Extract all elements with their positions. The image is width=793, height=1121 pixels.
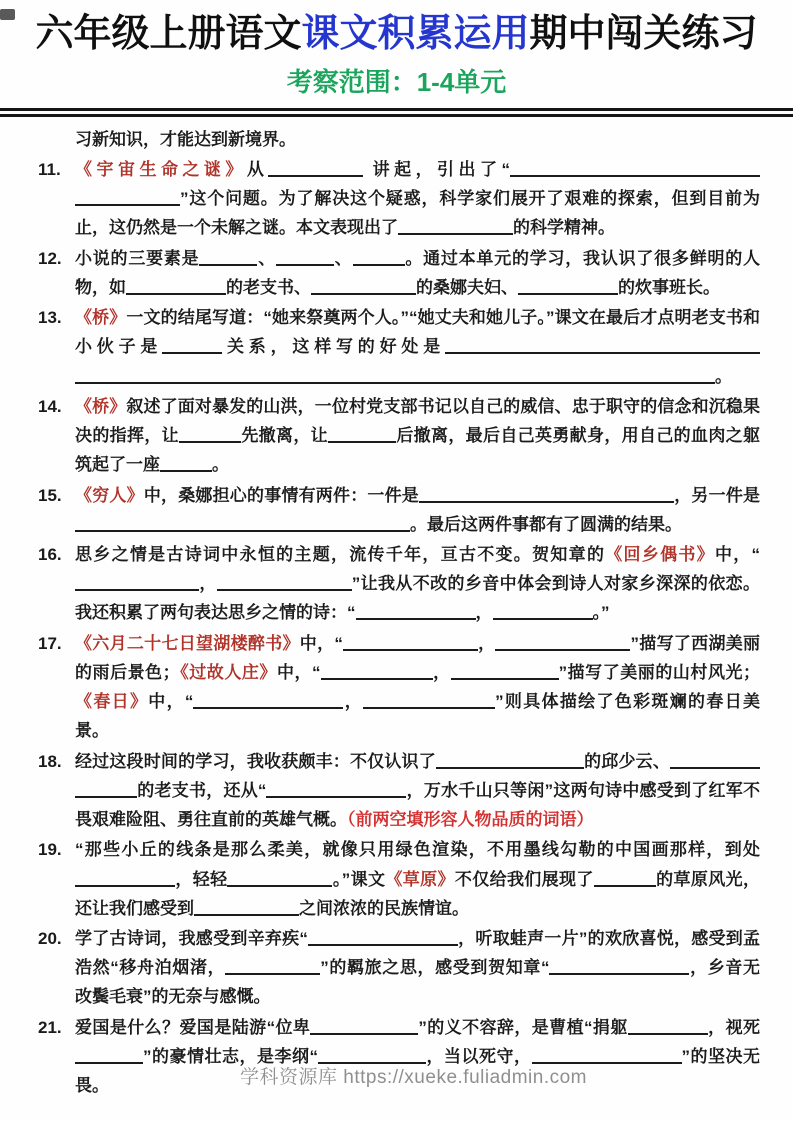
fill-in-blank [179, 426, 241, 443]
fill-in-blank [75, 781, 137, 798]
question-segment: 思乡之情是古诗词中永恒的主题，流传千年，亘古不变。贺知章的 [75, 545, 605, 564]
intro-line: 习新知识，才能达到新境界。 [38, 125, 760, 154]
book-title: 《宇宙生命之谜》 [75, 160, 247, 179]
book-title: 《穷人》 [75, 486, 144, 505]
question-segment: 的桑娜夫妇、 [416, 278, 518, 297]
fill-in-blank [126, 278, 226, 295]
fill-in-blank [670, 752, 760, 769]
question-segment: 中，“ [715, 545, 760, 564]
fill-in-blank [160, 455, 212, 472]
fill-in-blank [276, 249, 334, 266]
fill-in-blank [75, 574, 127, 591]
question-segment: 。最后这两件事都有了圆满的结果。 [410, 515, 682, 534]
question-number: 18. [38, 747, 62, 776]
question-segment: 。 [212, 455, 229, 474]
question-segment: 的老支书，还从“ [137, 781, 266, 800]
question-segment: ”的义不容辞，是曹植“捐躯 [418, 1018, 627, 1037]
question-segment: 中，“ [277, 663, 321, 682]
question-segment: ”描写了美丽的山村风光； [559, 663, 760, 682]
fill-in-blank [628, 1018, 708, 1035]
question-text: “那些小丘的线条是那么柔美，就像只用绿色渲染，不用墨线勾勒的中国画那样，到处，轻… [75, 840, 760, 917]
question-item: 12.小说的三要素是、、。通过本单元的学习，我认识了很多鲜明的人物，如的老支书、… [38, 244, 760, 302]
question-number: 17. [38, 629, 62, 658]
fill-in-blank [75, 367, 715, 384]
question-segment: ， [343, 692, 363, 711]
header-divider [0, 108, 793, 117]
question-segment: 先撤离，让 [241, 426, 328, 445]
question-text: 思乡之情是古诗词中永恒的主题，流传千年，亘古不变。贺知章的《回乡偶书》中，“，”… [75, 545, 760, 622]
fill-in-blank [75, 515, 410, 532]
fill-in-blank [510, 160, 760, 177]
question-text: 《桥》叙述了面对暴发的山洪，一位村党支部书记以自己的威信、忠于职守的信念和沉稳果… [75, 397, 760, 474]
question-number: 19. [38, 835, 62, 864]
question-item: 20.学了古诗词，我感受到辛弃疾“，听取蛙声一片”的欢欣喜悦，感受到孟浩然“移舟… [38, 924, 760, 1012]
question-segment: 、 [257, 249, 276, 268]
question-item: 11.《宇宙生命之谜》从 讲起，引出了“”这个问题。为了解决这个疑惑，科学家们展… [38, 155, 760, 243]
fill-in-blank [75, 189, 180, 206]
subtitle-scope: 考察范围：1-4单元 [0, 62, 793, 99]
question-segment: ， [476, 603, 493, 622]
question-segment: 经过这段时间的学习，我收获颇丰：不仅认识了 [75, 752, 436, 771]
question-segment: ， [433, 663, 451, 682]
fill-in-blank [75, 870, 175, 887]
question-item: 14.《桥》叙述了面对暴发的山洪，一位村党支部书记以自己的威信、忠于职守的信念和… [38, 392, 760, 480]
question-item: 13.《桥》一文的结尾写道：“她来祭奠两个人。”“她丈夫和她儿子。”课文在最后才… [38, 303, 760, 391]
question-text: 小说的三要素是、、。通过本单元的学习，我认识了很多鲜明的人物，如的老支书、的桑娜… [75, 249, 760, 297]
question-item: 19.“那些小丘的线条是那么柔美，就像只用绿色渲染，不用墨线勾勒的中国画那样，到… [38, 835, 760, 923]
fill-in-blank [217, 574, 352, 591]
question-segment: 小说的三要素是 [75, 249, 199, 268]
question-segment: ，视死 [708, 1018, 760, 1037]
question-number: 14. [38, 392, 62, 421]
question-segment: 中，桑娜担心的事情有两件：一件是 [144, 486, 419, 505]
question-segment: ，轻轻 [175, 870, 227, 889]
question-segment: 中，“ [148, 692, 193, 711]
question-segment: 爱国是什么？爱国是陆游“位卑 [75, 1018, 310, 1037]
book-title: 《桥》 [75, 397, 126, 416]
question-segment: ， [199, 574, 217, 593]
question-segment: 的炊事班长。 [618, 278, 720, 297]
question-number: 20. [38, 924, 62, 953]
title-part-left: 六年级上册语文 [35, 13, 301, 55]
worksheet-page: 六年级上册语文课文积累运用期中闯关练习 考察范围：1-4单元 习新知识，才能达到… [0, 0, 793, 1121]
question-segment: 、 [334, 249, 353, 268]
fill-in-blank [268, 160, 363, 177]
fill-in-blank [328, 426, 396, 443]
book-title: 《过故人庄》 [180, 663, 277, 682]
question-segment: 。” [593, 603, 610, 622]
question-segment: 的科学精神。 [513, 218, 615, 237]
question-text: 《穷人》中，桑娜担心的事情有两件：一件是，另一件是。最后这两件事都有了圆满的结果… [75, 486, 760, 534]
question-number: 15. [38, 481, 62, 510]
fill-in-blank [193, 692, 343, 709]
fill-in-blank [227, 870, 332, 887]
scan-artifact [0, 9, 15, 20]
page-title: 六年级上册语文课文积累运用期中闯关练习 [0, 13, 793, 57]
fill-in-blank [493, 603, 593, 620]
header: 六年级上册语文课文积累运用期中闯关练习 考察范围：1-4单元 [0, 0, 793, 99]
book-title: 《六月二十七日望湖楼醉书》 [75, 634, 300, 653]
fill-in-blank [311, 278, 416, 295]
fill-in-blank [321, 663, 433, 680]
question-segment: 的老支书、 [226, 278, 311, 297]
fill-in-blank [75, 1047, 143, 1064]
question-segment: 之间浓浓的民族情谊。 [299, 899, 469, 918]
fill-in-blank [445, 337, 760, 354]
watermark: 学科资源库 https://xueke.fuliadmin.com [240, 1062, 587, 1089]
title-part-accent: 课文积累运用 [301, 13, 529, 55]
fill-in-blank [266, 781, 406, 798]
question-text: 《宇宙生命之谜》从 讲起，引出了“”这个问题。为了解决这个疑惑，科学家们展开了艰… [75, 160, 760, 237]
fill-in-blank [518, 278, 618, 295]
fill-in-blank [363, 692, 495, 709]
question-segment: ，另一件是 [674, 486, 760, 505]
answer-hint-note: （前两空填形容人物品质的词语） [347, 810, 594, 829]
question-list: 习新知识，才能达到新境界。 11.《宇宙生命之谜》从 讲起，引出了“”这个问题。… [0, 117, 793, 1101]
question-segment: 学了古诗词，我感受到辛弃疾“ [75, 929, 308, 948]
question-segment: ， [478, 634, 496, 653]
question-segment: 的邱少云、 [584, 752, 670, 771]
question-segment: “那些小丘的线条是那么柔美，就像只用绿色渲染，不用墨线勾勒的中国画那样，到处 [75, 840, 760, 859]
question-segment: 。 [715, 367, 732, 386]
question-item: 15.《穷人》中，桑娜担心的事情有两件：一件是，另一件是。最后这两件事都有了圆满… [38, 481, 760, 539]
question-number: 12. [38, 244, 62, 273]
question-number: 16. [38, 540, 62, 569]
question-segment: 不仅给我们展现了 [455, 870, 594, 889]
fill-in-blank [225, 958, 320, 975]
fill-in-blank [308, 929, 458, 946]
question-number: 11. [38, 155, 61, 184]
question-number: 21. [38, 1013, 62, 1042]
title-part-right: 期中闯关练习 [530, 13, 758, 55]
fill-in-blank [398, 218, 513, 235]
question-text: 《六月二十七日望湖楼醉书》中，“，”描写了西湖美丽的雨后景色；《过故人庄》中，“… [75, 634, 760, 741]
question-segment: ”的羁旅之思，感受到贺知章“ [320, 958, 549, 977]
fill-in-blank [594, 870, 656, 887]
fill-in-blank [451, 663, 559, 680]
fill-in-blank [353, 249, 405, 266]
question-text: 《桥》一文的结尾写道：“她来祭奠两个人。”“她丈夫和她儿子。”课文在最后才点明老… [75, 308, 760, 385]
fill-in-blank [343, 634, 478, 651]
book-title: 《草原》 [385, 870, 454, 889]
fill-in-blank [162, 337, 222, 354]
fill-in-blank [356, 603, 476, 620]
question-number: 13. [38, 303, 62, 332]
question-segment: 中，“ [300, 634, 343, 653]
question-segment: 。”课文 [332, 870, 385, 889]
book-title: 《桥》 [75, 308, 126, 327]
question-text: 经过这段时间的学习，我收获颇丰：不仅认识了的邱少云、的老支书，还从“，万水千山只… [75, 752, 760, 829]
fill-in-blank [310, 1018, 418, 1035]
question-segment: 讲起，引出了“ [363, 160, 510, 179]
question-segment: 从 [247, 160, 269, 179]
question-text: 学了古诗词，我感受到辛弃疾“，听取蛙声一片”的欢欣喜悦，感受到孟浩然“移舟泊烟渚… [75, 929, 760, 1006]
book-title: 《回乡偶书》 [605, 545, 715, 564]
question-item: 16.思乡之情是古诗词中永恒的主题，流传千年，亘古不变。贺知章的《回乡偶书》中，… [38, 540, 760, 628]
fill-in-blank [194, 899, 299, 916]
book-title: 《春日》 [75, 692, 148, 711]
fill-in-blank [495, 634, 630, 651]
fill-in-blank [436, 752, 584, 769]
fill-in-blank [127, 574, 199, 591]
questions-container: 11.《宇宙生命之谜》从 讲起，引出了“”这个问题。为了解决这个疑惑，科学家们展… [38, 155, 760, 1101]
fill-in-blank [419, 486, 674, 503]
fill-in-blank [199, 249, 257, 266]
question-segment: 关系，这样写的好处是 [222, 337, 445, 356]
question-item: 18.经过这段时间的学习，我收获颇丰：不仅认识了的邱少云、的老支书，还从“，万水… [38, 747, 760, 835]
fill-in-blank [549, 958, 689, 975]
question-item: 17.《六月二十七日望湖楼醉书》中，“，”描写了西湖美丽的雨后景色；《过故人庄》… [38, 629, 760, 746]
